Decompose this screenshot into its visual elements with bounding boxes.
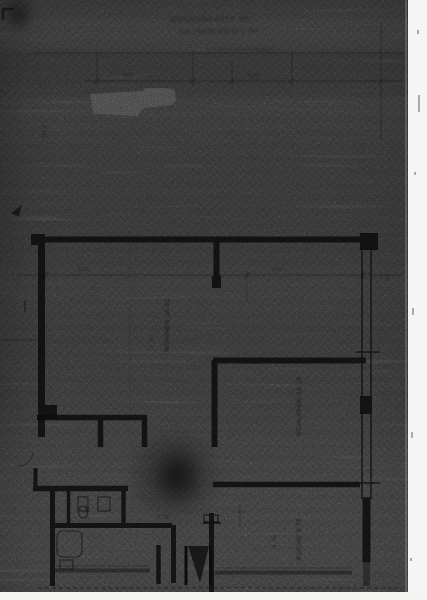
dim-mid-a: 435 [78, 267, 90, 273]
grain-noise-overlay [0, 0, 427, 600]
room-name: KÜCHE [296, 535, 303, 560]
dim-door-width: 1.38 [157, 516, 170, 522]
room-name: SCHLAFEN [296, 397, 303, 436]
scan-density-bands [0, 0, 408, 592]
room-area: 16.02 [164, 298, 171, 317]
scanner-margin-right [408, 0, 427, 600]
exterior-walls [31, 233, 380, 586]
whiteout-correction-patch [90, 88, 176, 116]
paper-edge-shadow [405, 0, 407, 592]
margin-note: M13 [42, 125, 48, 138]
dim-bad-width: 2.35 [85, 505, 91, 519]
dim-wohnen-width: 7.07 [149, 334, 155, 348]
room-area: 14.18 [296, 376, 303, 395]
title-line-2: GRUNDRISS M 1:50 [179, 28, 259, 36]
window-walls [55, 566, 352, 573]
bath-fixtures [57, 497, 110, 569]
edge-speck [418, 95, 420, 112]
halftone-zigzag-pattern [0, 0, 408, 592]
room-label-wohnen: WOHNEN 16.02 [165, 298, 172, 352]
dim-mid-b: 503 [272, 267, 284, 273]
edge-speck [414, 172, 416, 175]
interior-walls [33, 242, 366, 598]
dark-scan-smudge [125, 425, 223, 525]
edge-speck [410, 558, 412, 561]
room-label-schlafen: SCHLAFEN 14.18 [297, 376, 304, 436]
room-name: WOHNEN [164, 319, 171, 352]
title-line-1: WOHNUNGSTYP 2B [170, 16, 249, 24]
dim-right-side: 92 [385, 273, 391, 281]
wavy-streak-overlay [0, 0, 427, 600]
room-label-kueche: KÜCHE 8.75 [297, 518, 304, 560]
room-area: 8.75 [296, 518, 303, 533]
edge-speck [412, 308, 414, 315]
dim-kueche-width: 4.35 [272, 534, 278, 548]
entry-door [186, 515, 221, 585]
dim-top-b: 420 [248, 73, 260, 79]
dimension-lines [0, 22, 403, 526]
edge-speck [417, 30, 419, 34]
corner-smudge [2, 0, 36, 34]
dark-scan-smudge-core [152, 445, 204, 507]
edge-speck [411, 432, 413, 438]
scanner-margin-bottom [0, 592, 427, 600]
scanned-floorplan-page: WOHNUNGSTYP 2B GRUNDRISS M 1:50 2.OBERGE… [0, 0, 427, 600]
door-swing-arc [18, 452, 33, 466]
floorplan-drawing [0, 0, 427, 600]
dim-top-a: 585 [122, 73, 134, 79]
title-line-3: 2.OBERGESCHOSS [206, 47, 275, 54]
misc-marks [2, 9, 33, 466]
north-arrow-icon [12, 206, 21, 216]
